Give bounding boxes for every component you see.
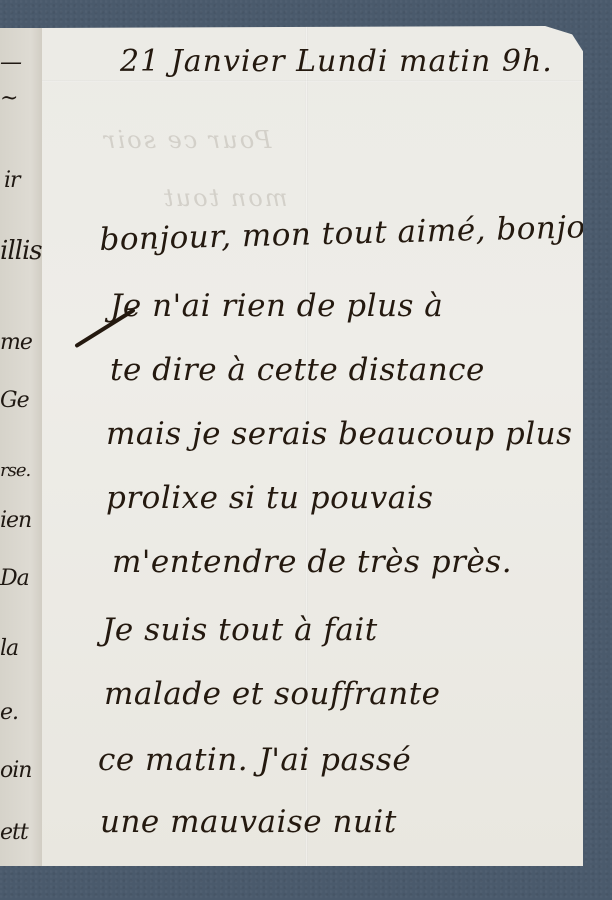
left-fragment: e. (0, 700, 18, 725)
photo-scene: — ~ ir illis me Ge rse. ien Da la e. oin… (0, 0, 612, 900)
left-fragment: Ge (0, 388, 29, 413)
letter-line: Je n'ai rien de plus à (110, 288, 443, 324)
letter-line: mais je serais beaucoup plus (106, 416, 573, 452)
left-fragment: ett (0, 820, 28, 845)
bleed-through-text: mon tout (162, 184, 288, 212)
letter-line: m'entendre de très près. (112, 544, 512, 580)
letter-line: une mauvaise nuit (100, 804, 397, 840)
left-fragment: — (0, 50, 21, 75)
letter-line: Je suis tout à fait (102, 612, 378, 648)
left-fragment: ien (0, 508, 31, 533)
letter-line: ce matin. J'ai passé (98, 742, 411, 778)
ink-flourish (74, 308, 135, 348)
letter-line: te dire à cette distance (110, 352, 485, 388)
bleed-through-text: Pour ce soir (102, 126, 271, 154)
left-fragment: ir (4, 168, 20, 193)
left-fragment: rse. (0, 460, 30, 481)
fold-crease (42, 80, 583, 82)
letter-line: malade et souffrante (104, 676, 441, 712)
letter-dateline: 21 Janvier Lundi matin 9h. (120, 44, 553, 79)
left-fragment: me (0, 330, 32, 355)
letter-page: Pour ce soir mon tout 21 Janvier Lundi m… (42, 26, 583, 866)
left-fragment: oin (0, 758, 31, 783)
left-fragment: la (0, 636, 18, 661)
left-fragment: illis (0, 236, 42, 266)
letter-line: prolixe si tu pouvais (106, 480, 434, 516)
left-page: — ~ ir illis me Ge rse. ien Da la e. oin… (0, 28, 45, 866)
letter-line: bonjour, mon tout aimé, bonjour (99, 208, 612, 258)
left-fragment: ~ (0, 86, 17, 111)
left-fragment: Da (0, 566, 29, 591)
